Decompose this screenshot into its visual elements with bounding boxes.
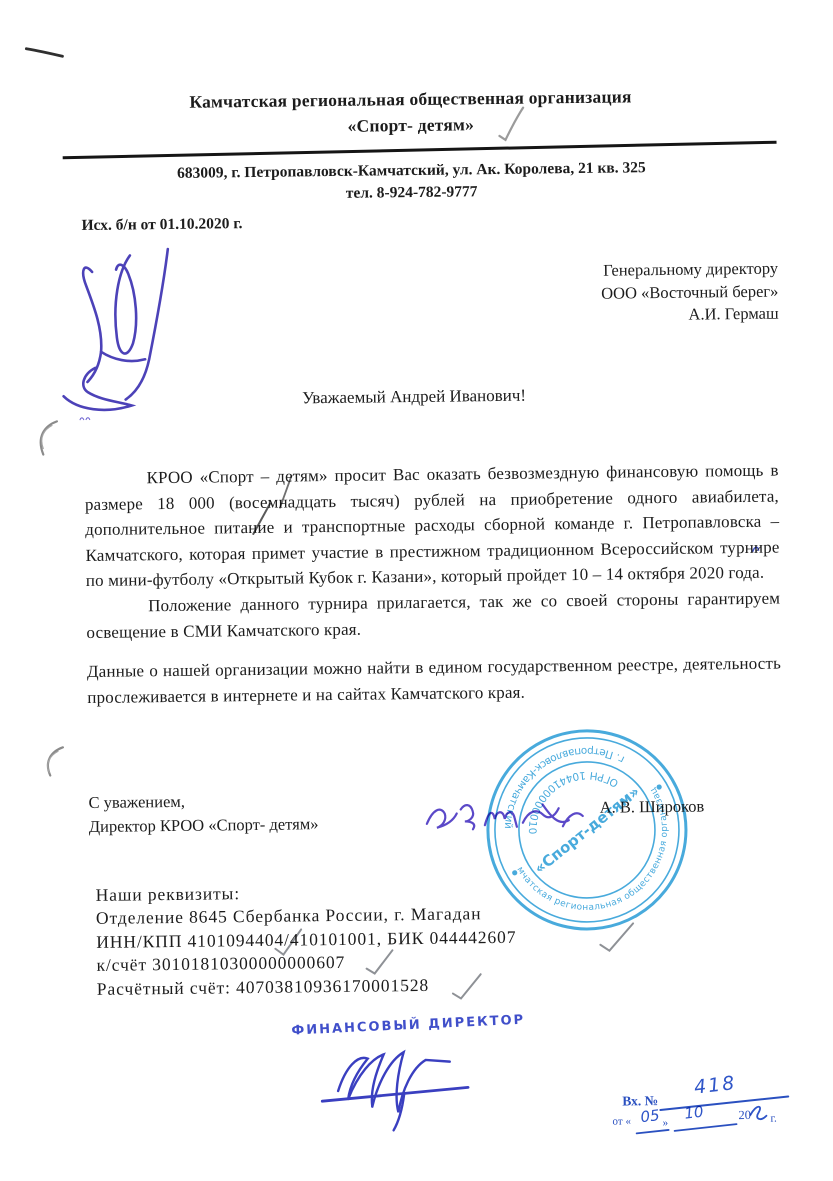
body-paragraph-3: Данные о нашей организации можно найти в… <box>87 651 782 711</box>
round-org-stamp: г. Петропавловск-Камчатский Камчатская р… <box>478 721 697 940</box>
finance-director-stamp: ФИНАНСОВЫЙ ДИРЕКТОР <box>291 1013 525 1039</box>
body-paragraph-1: КРОО «Спорт – детям» просит Вас оказать … <box>84 458 780 594</box>
body-paragraph-2: Положение данного турнира прилагается, т… <box>86 586 781 646</box>
closing-regards: С уважением, <box>88 788 318 814</box>
inbox-year-scribble <box>750 1107 766 1120</box>
inbox-no-value: 418 <box>693 1072 738 1099</box>
recipient-name: А.И. Гермаш <box>467 303 779 329</box>
finance-director-signature <box>322 1051 469 1131</box>
inbox-quote-close: » <box>662 1117 668 1129</box>
salutation: Уважаемый Андрей Иванович! <box>0 382 831 412</box>
letterhead: Камчатская региональная общественная орг… <box>0 81 827 143</box>
letter-body: КРОО «Спорт – детям» просит Вас оказать … <box>84 458 781 711</box>
svg-text:ОГРН 1044100000010: ОГРН 1044100000010 <box>508 749 623 840</box>
letterhead-contacts: 683009, г. Петропавловск-Камчатский, ул.… <box>0 155 828 209</box>
closing-block: С уважением, Директор КРОО «Спорт- детям… <box>88 788 318 838</box>
director-signature-top <box>62 249 170 410</box>
inbox-registration-block: Вх. № 418 от « 05 » 10 20 г. <box>0 0 826 5</box>
requisites-block: Наши реквизиты: Отделение 8645 Сбербанка… <box>96 879 518 1001</box>
recipient-block: Генеральному директору ООО «Восточный бе… <box>466 258 779 330</box>
scan-artifact-arc-1 <box>40 421 57 454</box>
requisites-settlement-account: Расчётный счёт: 40703810936170001528 <box>97 972 517 1001</box>
round-stamp-icon: г. Петропавловск-Камчатский Камчатская р… <box>478 721 697 940</box>
scan-artifact-dash <box>26 48 62 56</box>
inbox-year-printed: 20 <box>738 1108 751 1123</box>
inbox-month-value: 10 <box>683 1103 704 1123</box>
stamp-ogrn-text: ОГРН 1044100000010 <box>508 749 623 840</box>
tiny-pen-mark <box>80 418 90 420</box>
closing-position: Директор КРОО «Спорт- детям» <box>89 812 319 838</box>
outgoing-reference: Исх. б/н от 01.10.2020 г. <box>81 215 242 235</box>
inbox-day-value: 05 <box>639 1106 660 1126</box>
scan-artifact-arc-2 <box>47 747 63 775</box>
inbox-year-suffix: г. <box>770 1113 776 1125</box>
inbox-from-label: от « <box>612 1115 631 1127</box>
recipient-position: Генеральному директору <box>466 258 778 284</box>
scanned-letter-page: Камчатская региональная общественная орг… <box>0 0 833 1181</box>
